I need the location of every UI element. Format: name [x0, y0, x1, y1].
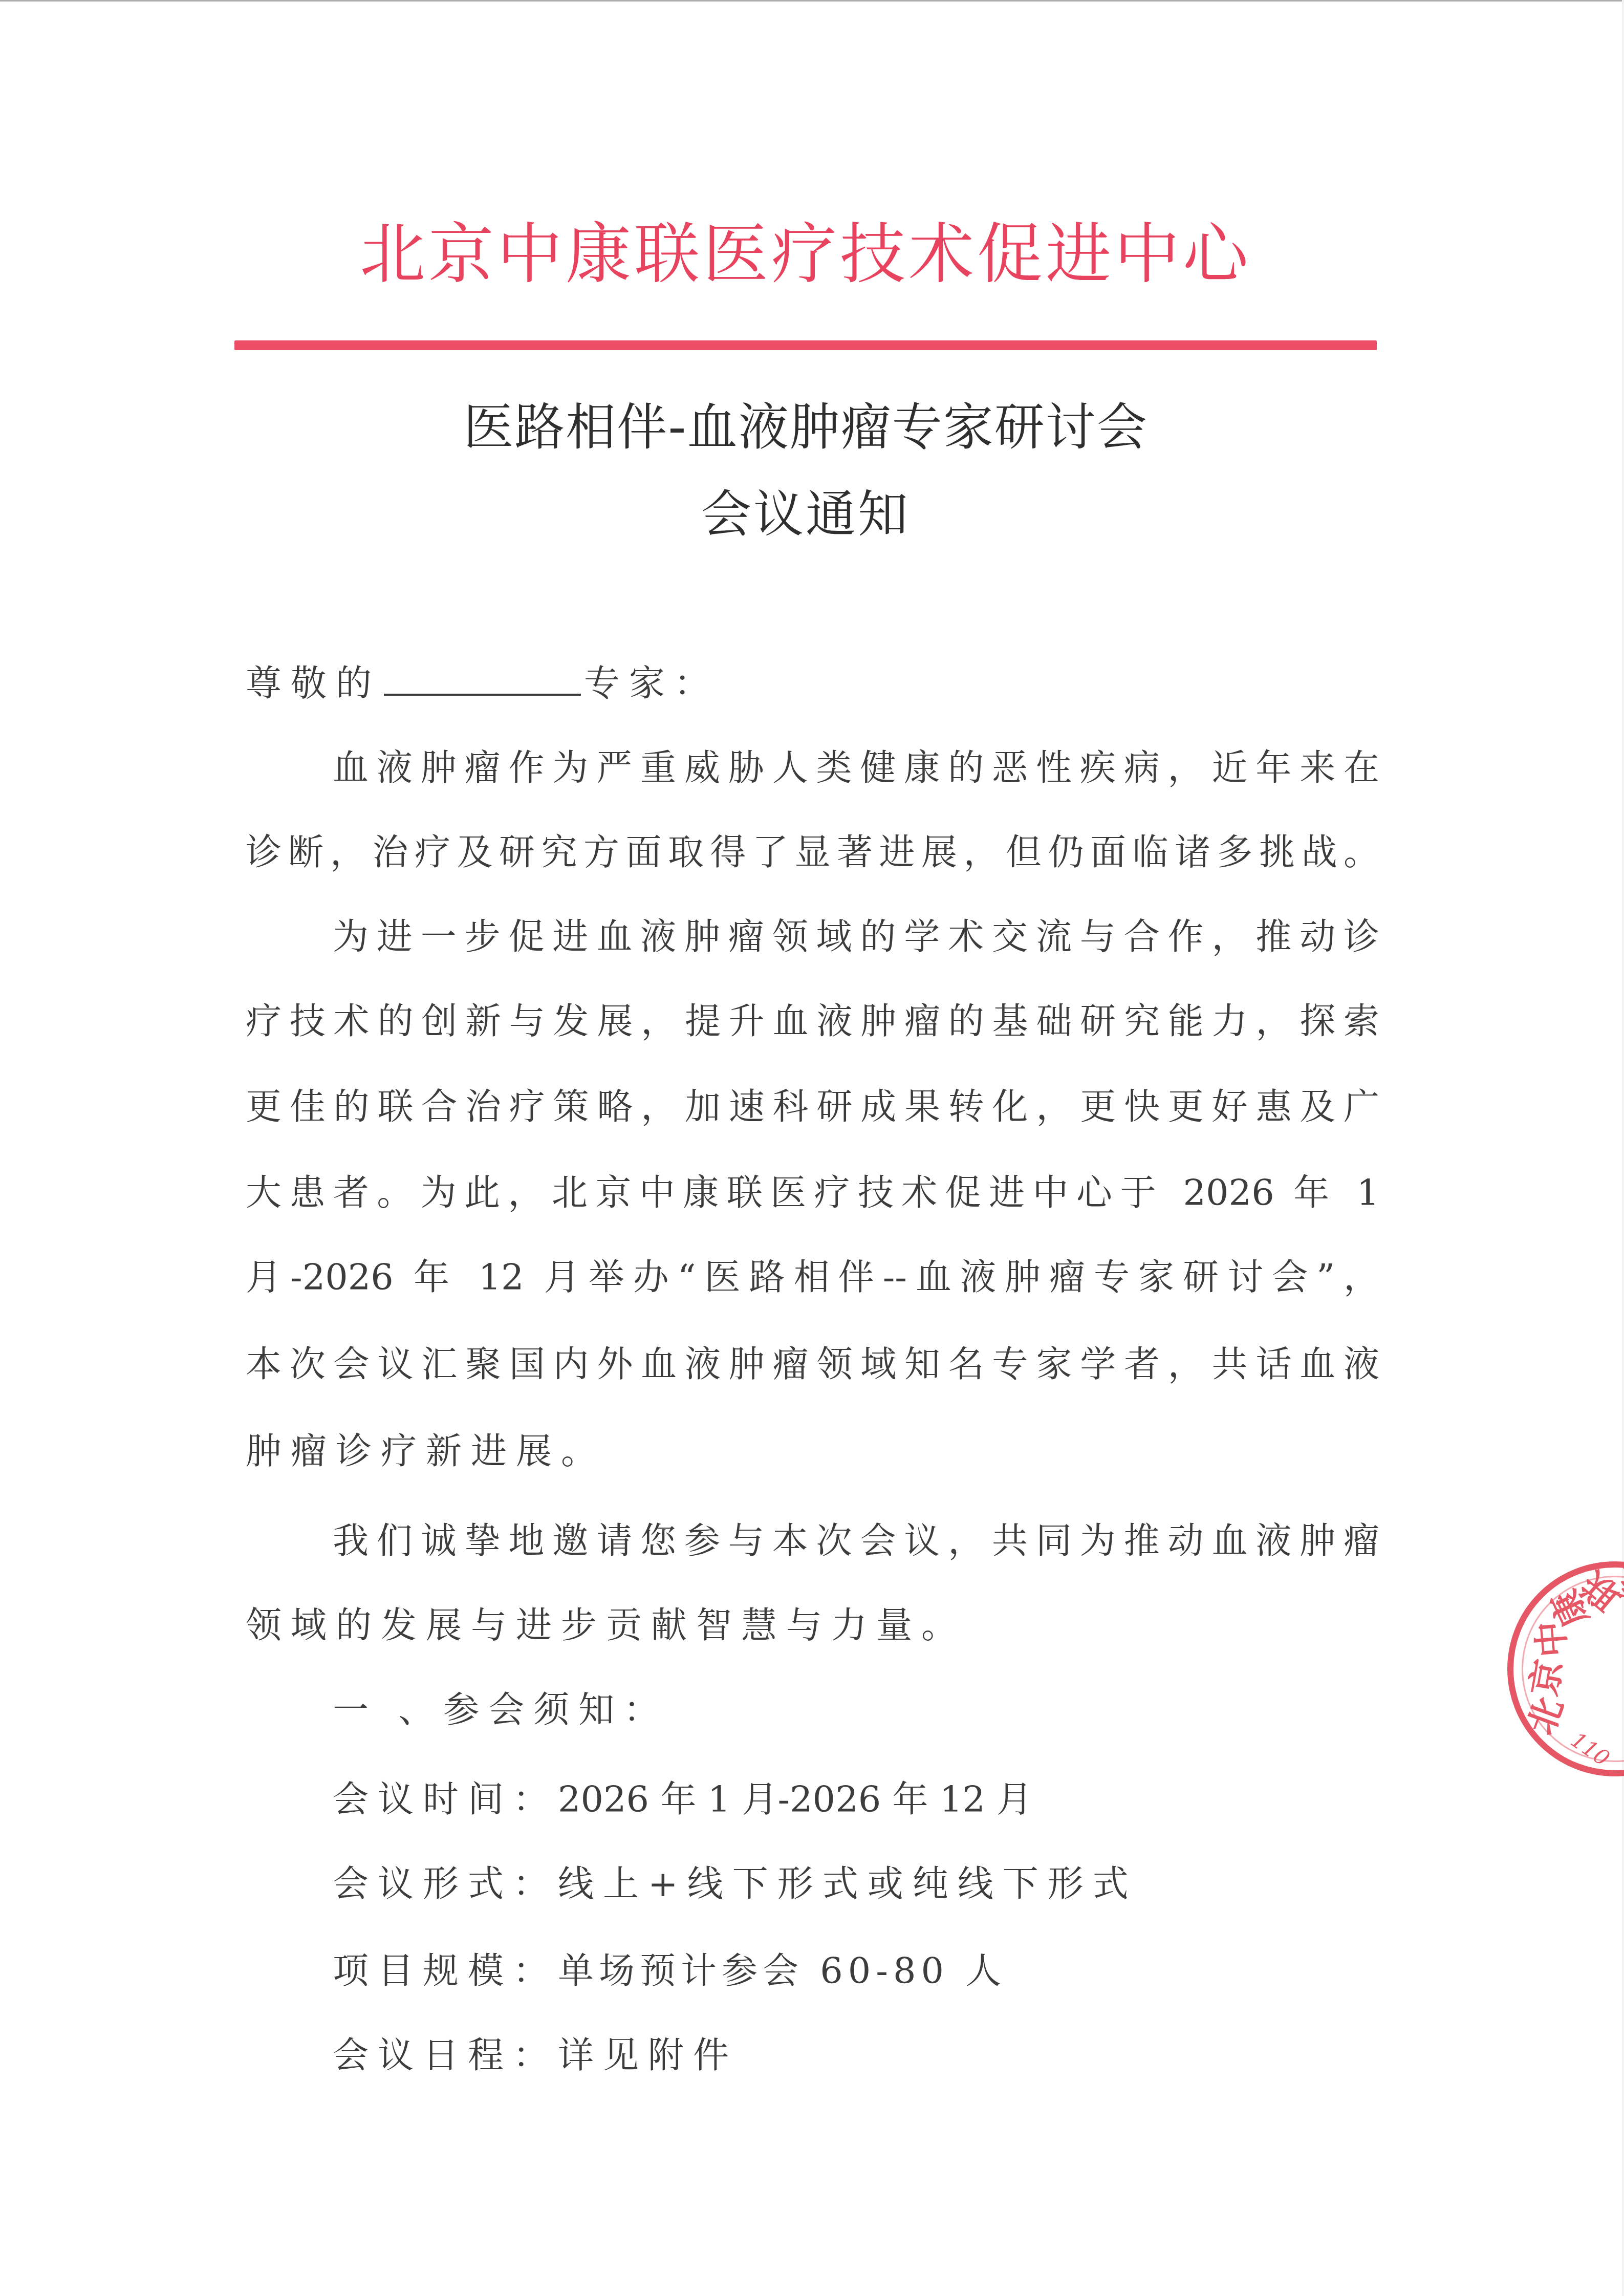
paragraph-2-line-1: 为进一步促进血液肿瘤领域的学术交流与合作，推动诊: [246, 911, 1379, 962]
paragraph-1-line-1: 血液肿瘤作为严重威胁人类健康的恶性疾病，近年来在: [246, 742, 1379, 793]
info-value: 详见附件: [558, 2034, 738, 2076]
paragraph-2-line-3: 更佳的联合治疗策略，加速科研成果转化，更快更好惠及广: [246, 1081, 1379, 1132]
paragraph-2-line-6: 本次会议汇聚国内外血液肿瘤领域知名专家学者，共话血液: [246, 1339, 1379, 1390]
letterhead-organization: 北京中康联医疗技术促进中心: [234, 209, 1377, 301]
info-label: 会议形式：: [333, 1863, 558, 1905]
salutation-prefix: 尊敬的: [246, 662, 381, 704]
scan-edge: [0, 0, 1624, 2]
document-title: 医路相伴-血液肿瘤专家研讨会: [234, 392, 1377, 463]
document-subtitle: 会议通知: [234, 479, 1377, 550]
info-item-meeting-agenda: 会议日程：详见附件: [246, 2030, 1379, 2081]
paragraph-2-line-2: 疗技术的创新与发展，提升血液肿瘤的基础研究能力，探索: [246, 996, 1379, 1047]
info-value: 单场预计参会 60-80 人: [558, 1950, 1006, 1992]
paragraph-3-line-1: 我们诚挚地邀请您参与本次会议，共同为推动血液肿瘤: [246, 1515, 1379, 1567]
info-label: 会议日程：: [333, 2034, 558, 2076]
official-seal-stamp: 北 京 中 康 联 医 110: [1507, 1561, 1624, 1776]
info-value: 2026 年 1 月-2026 年 12 月: [558, 1778, 1032, 1820]
paragraph-2-line-7: 肿瘤诊疗新进展。: [246, 1426, 1379, 1477]
info-item-meeting-format: 会议形式：线上+线下形式或纯线下形式: [246, 1858, 1379, 1909]
salutation-suffix: 专家：: [584, 662, 719, 704]
section-heading-attendance-notes: 一 、参会须知：: [246, 1684, 1379, 1735]
salutation: 尊敬的专家：: [246, 658, 1379, 709]
info-item-meeting-time: 会议时间：2026 年 1 月-2026 年 12 月: [246, 1774, 1379, 1825]
info-value: 线上+线下形式或纯线下形式: [558, 1863, 1138, 1905]
paragraph-2-line-4: 大患者。为此，北京中康联医疗技术促进中心于 2026 年 1: [246, 1167, 1379, 1218]
paragraph-2-line-5: 月-2026 年 12 月举办“医路相伴--血液肿瘤专家研讨会”，: [246, 1252, 1379, 1303]
info-label: 会议时间：: [333, 1778, 558, 1820]
scan-edge-right: [1622, 0, 1624, 2296]
letterhead-red-rule: [234, 340, 1377, 350]
info-label: 项目规模：: [333, 1950, 558, 1992]
paragraph-3-line-2: 领域的发展与进步贡献智慧与力量。: [246, 1600, 1379, 1651]
recipient-name-blank: [384, 662, 581, 696]
seal-char: 京: [1526, 1657, 1567, 1698]
info-item-project-scale: 项目规模：单场预计参会 60-80 人: [246, 1945, 1379, 1997]
paragraph-1-line-2: 诊断，治疗及研究方面取得了显著进展，但仍面临诸多挑战。: [246, 827, 1379, 878]
